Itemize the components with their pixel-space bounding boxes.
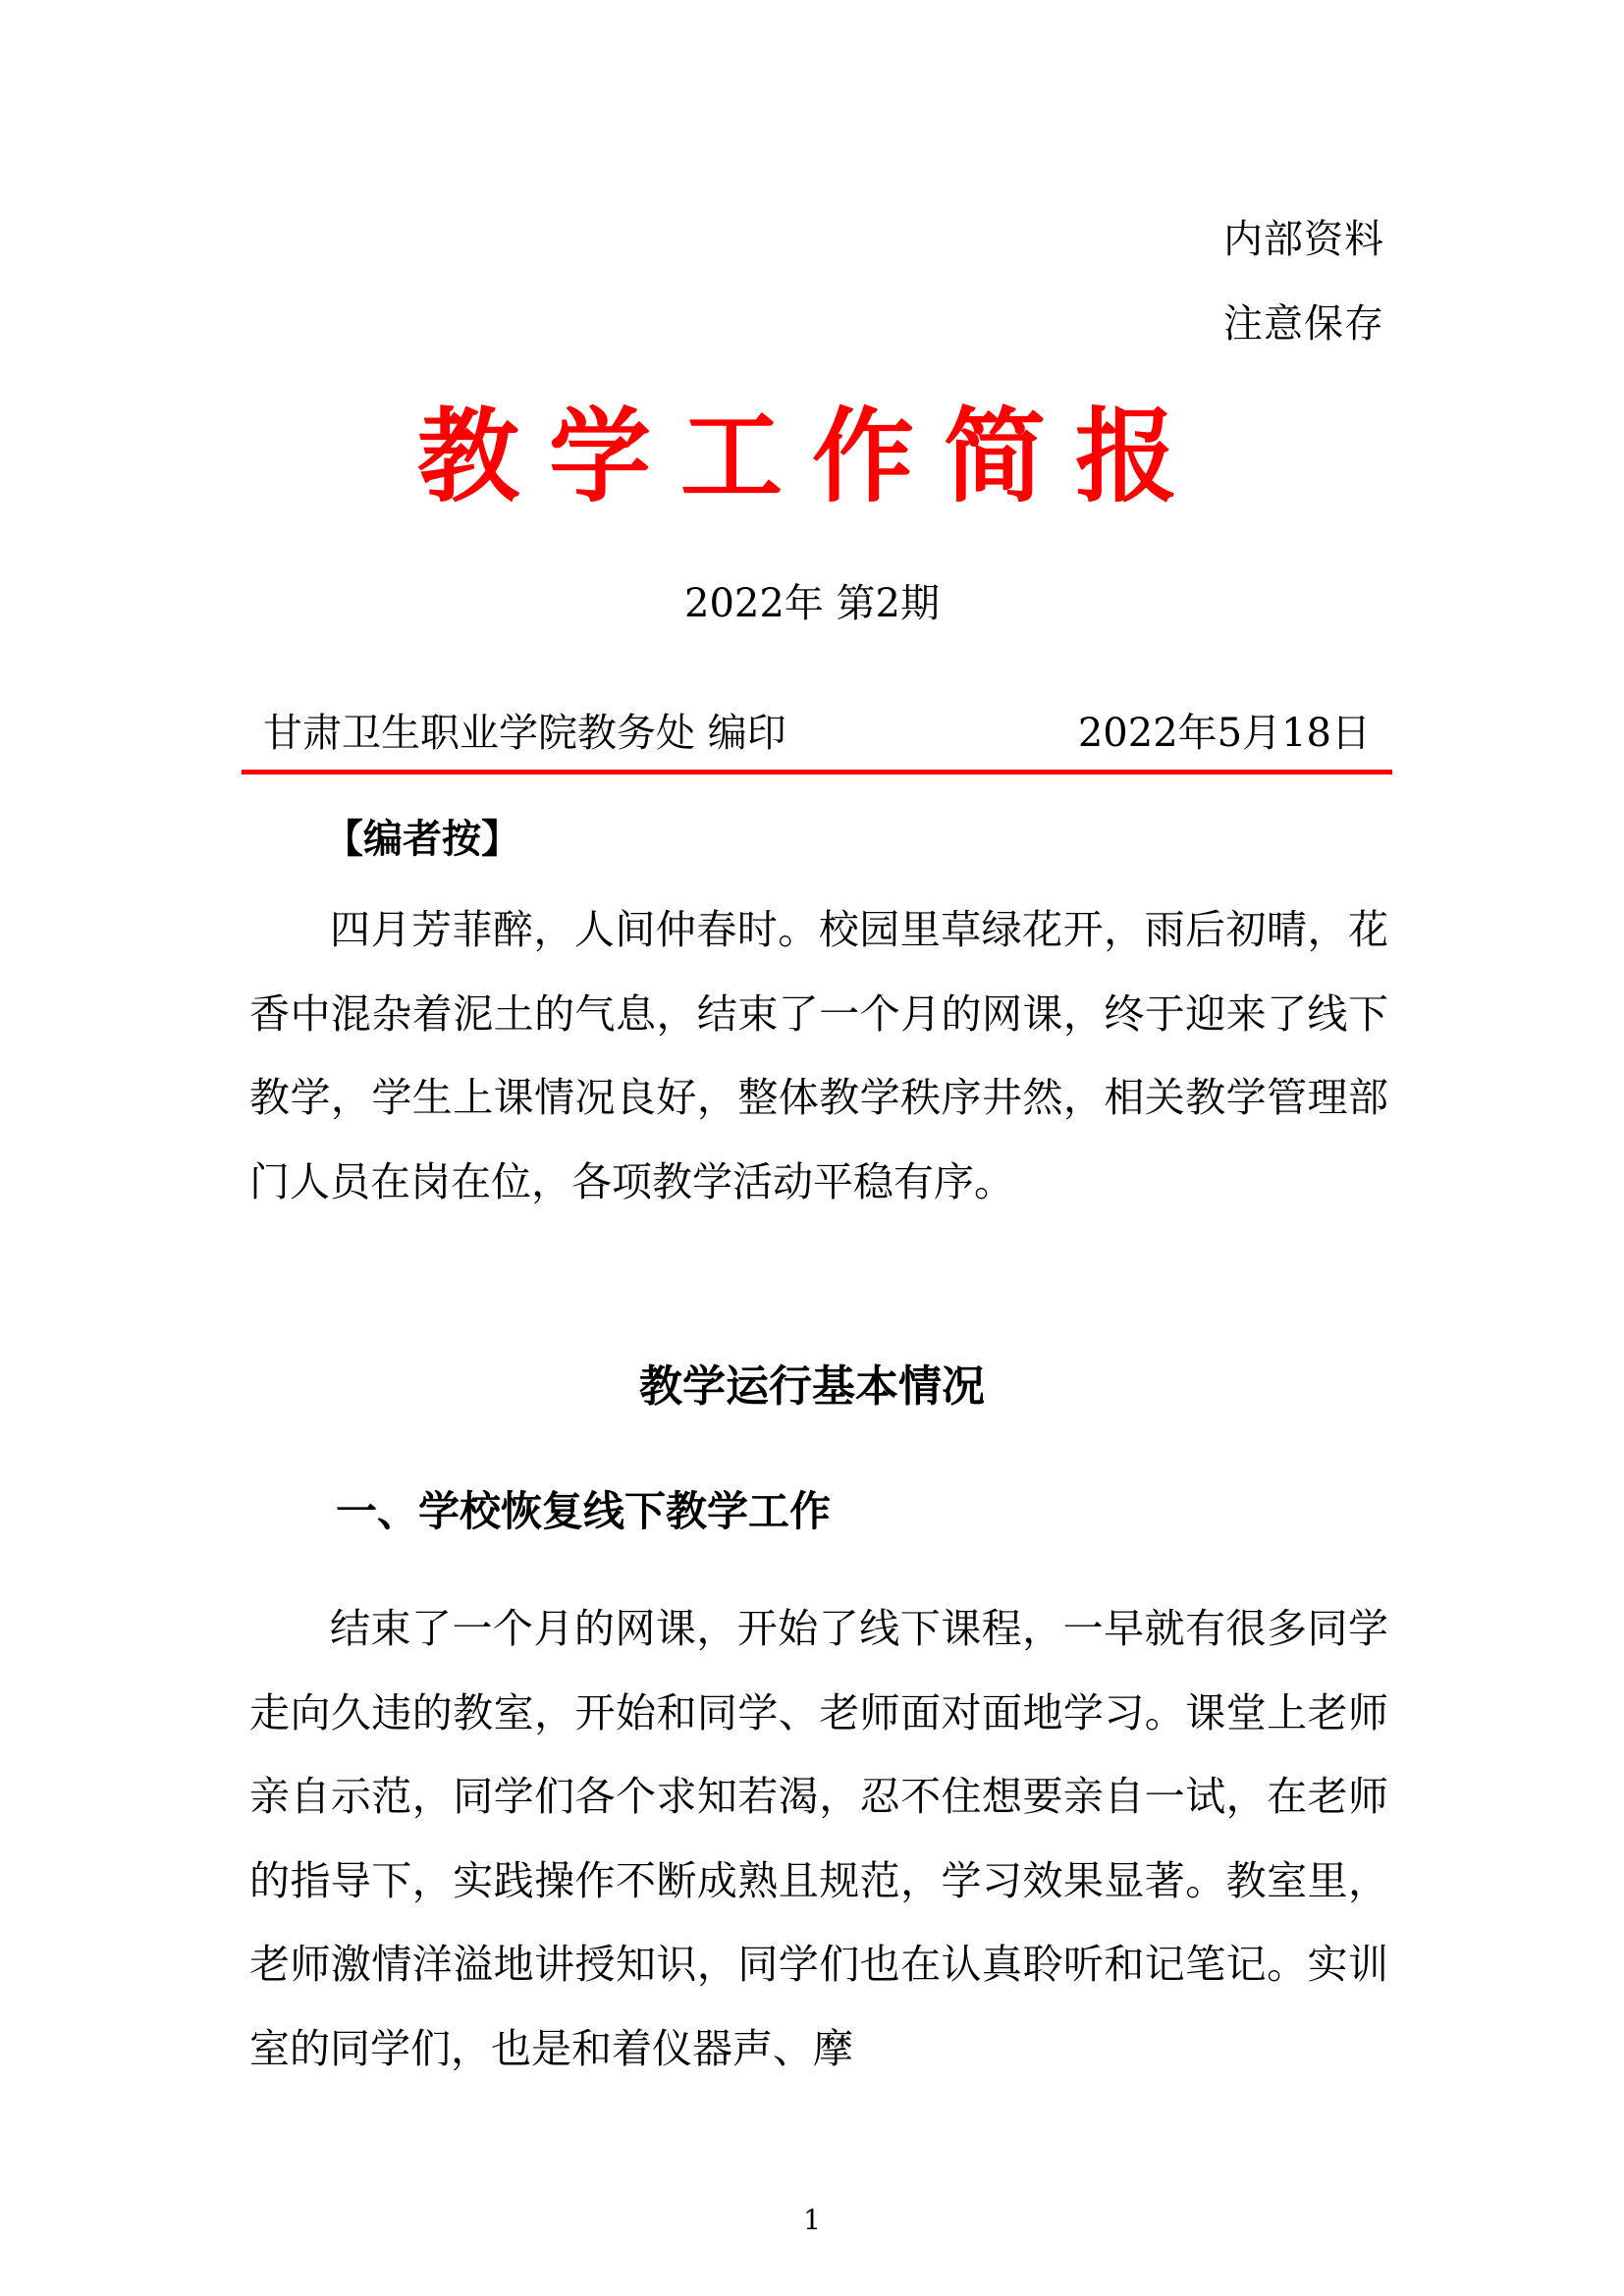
section-title: 教学运行基本情况: [0, 1360, 1624, 1415]
header-divider: [242, 770, 1392, 774]
publish-date: 2022年5月18日: [1078, 709, 1371, 758]
editor-note-label: 【编者按】: [324, 815, 520, 864]
classification-preserve: 注意保存: [1223, 300, 1384, 347]
newsletter-title: 教学工作简报: [0, 393, 1624, 520]
body-paragraph: 结束了一个月的网课，开始了线下课程，一早就有很多同学走向久违的教室，开始和同学、…: [249, 1587, 1388, 2091]
page-number: 1: [0, 2204, 1624, 2237]
subsection-heading: 一、学校恢复线下教学工作: [336, 1484, 831, 1539]
classification-internal: 内部资料: [1223, 216, 1384, 263]
editor-note-paragraph: 四月芳菲醉，人间仲春时。校园里草绿花开，雨后初晴，花香中混杂着泥土的气息，结束了…: [249, 888, 1388, 1224]
publisher: 甘肃卫生职业学院教务处 编印: [263, 709, 786, 758]
issue-number: 2022年 第2期: [0, 579, 1624, 628]
